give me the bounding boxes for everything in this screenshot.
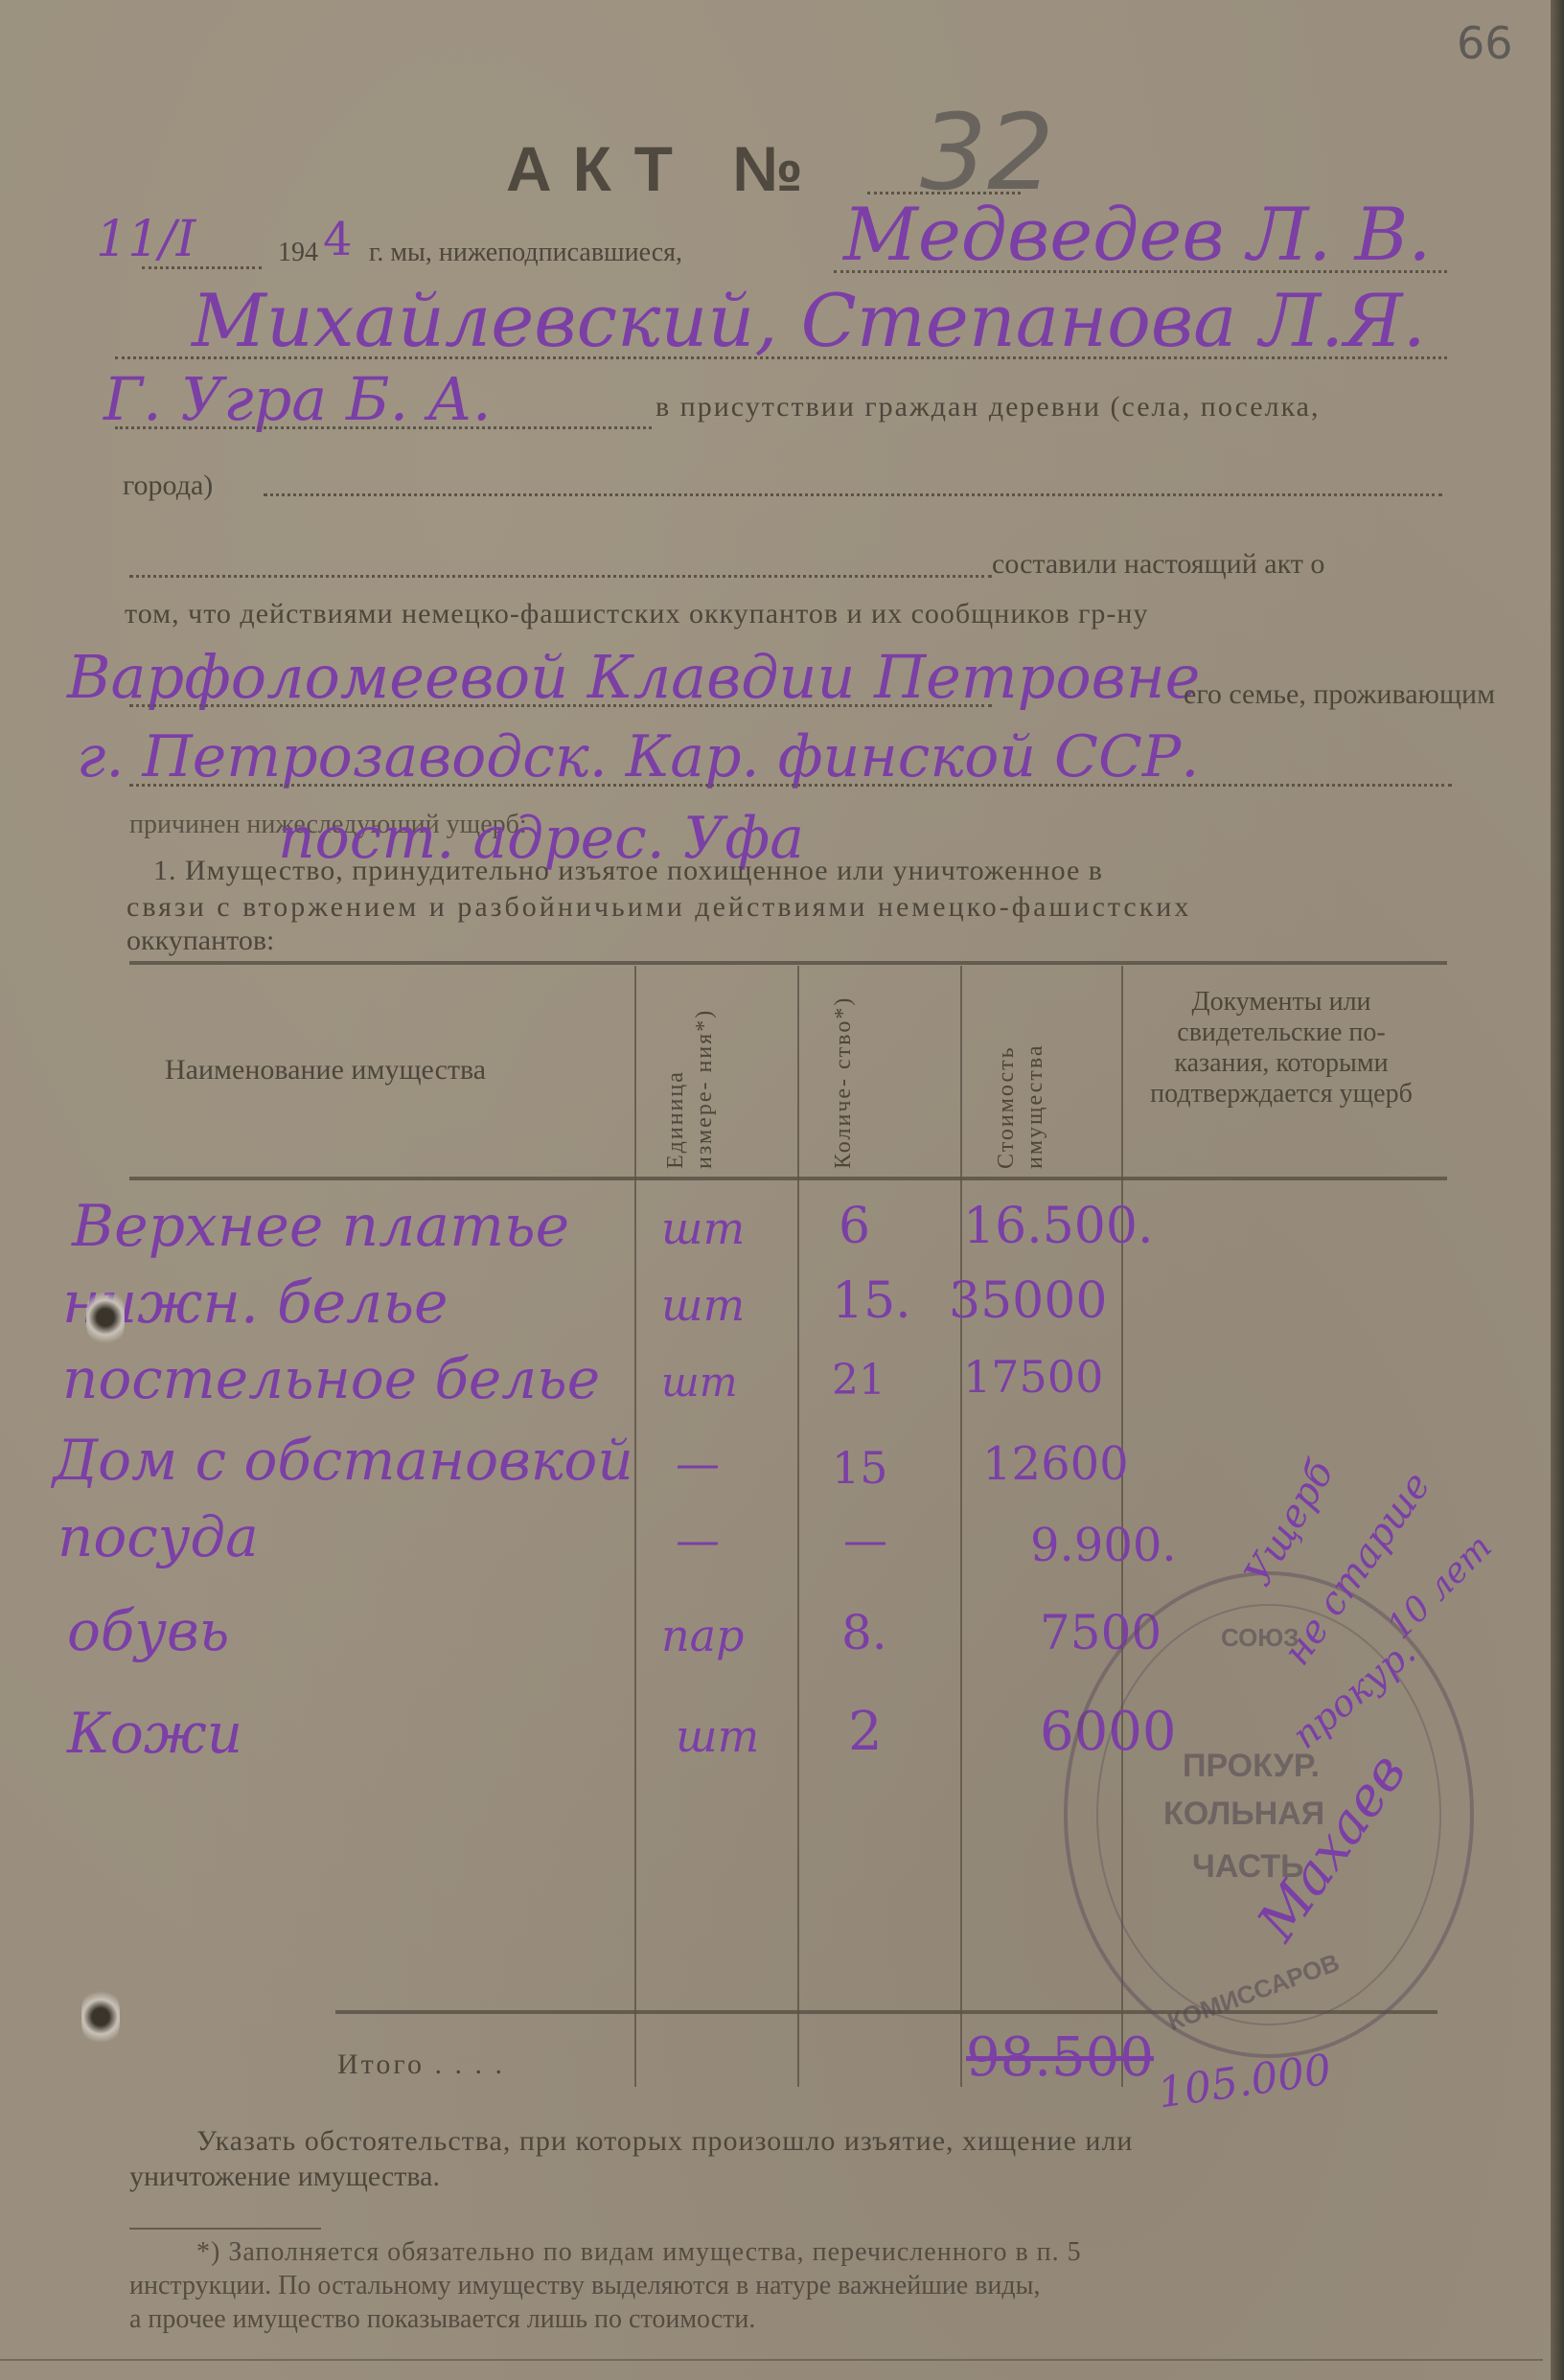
signatory-1: Медведев Л. В. [843,192,1431,277]
year-suffix: 4 [323,213,353,266]
stamp-line1: ПРОКУР. [1183,1748,1320,1785]
act-title: АКТ № [506,132,824,205]
undersigned-text: г. мы, нижеподписавшиеся, [369,238,682,268]
signatory-3-line [115,426,652,429]
col-divider-1 [634,966,636,2087]
row-value: 12600 [982,1437,1129,1491]
row-quantity: 8. [841,1605,887,1660]
row-quantity: — [843,1514,887,1566]
row-unit: — [676,1437,720,1489]
row-name: Дом с обстановкой [53,1428,633,1493]
row-quantity: 2 [848,1701,883,1763]
row-quantity: 6 [839,1198,870,1255]
section1-line2: связи с вторжением и разбойничьими дейст… [126,891,1191,924]
row-name: Верхнее платье [72,1193,569,1260]
header-name: Наименование имущества [165,1054,486,1087]
total-label: Итого . . . . [337,2048,505,2081]
table-header-rule [129,1177,1447,1180]
row-quantity: 15. [832,1272,911,1330]
year-prefix: 194 [278,238,318,268]
victim-name: Варфоломеевой Клавдии Петровне [67,642,1200,712]
footnote-line3: а прочее имущество показывается лишь по … [129,2304,755,2335]
table-top-rule [129,961,1447,965]
header-value: Стоимость имущества [992,977,1069,1169]
row-name: посуда [57,1504,259,1569]
footnote-line1: *) Заполняется обязательно по видам имущ… [196,2237,1082,2268]
total-struck: 98.500 [966,2026,1154,2089]
victim-address: г. Петрозаводск. Кар. финской ССР. [77,723,1199,790]
punch-hole [86,1289,125,1346]
row-unit: шт [661,1279,745,1331]
row-unit: шт [661,1202,745,1254]
punch-hole [81,1988,120,2046]
address-line [129,784,1452,787]
section1-line1: 1. Имущество, принудительно изъятое похи… [153,855,1103,887]
row-quantity: 15 [832,1442,888,1494]
date-day-month: 11/I [96,211,195,268]
row-name: постельное белье [62,1346,600,1411]
signatory-2: Михайлевский, Степанова Л.Я. [192,278,1426,363]
header-quantity: Количе- ство*) [829,987,906,1169]
statement-line: том, что действиями немецко-фашистских о… [125,598,1148,630]
header-unit: Единица измере- ния*) [661,987,767,1169]
row-unit: — [676,1514,720,1566]
page-edge [1551,0,1564,2380]
row-name: Кожи [67,1701,242,1766]
row-value: 35000 [949,1272,1107,1330]
footnote-divider [129,2228,321,2230]
col-divider-2 [797,966,799,2087]
signatory-1-line [834,270,1447,273]
instructions-line1: Указать обстоятельства, при которых прои… [196,2125,1133,2158]
page-number: 66 [1457,17,1513,69]
blank-line [129,575,992,578]
family-text: его семье, проживающим [1184,678,1495,711]
signatory-3: Г. Угра Б. А. [103,364,492,434]
row-name: обувь [67,1598,229,1663]
row-unit: шт [661,1359,738,1406]
footnote-line2: инструкции. По остальному имуществу выде… [129,2271,1040,2301]
row-value: 16.500. [963,1198,1153,1255]
city-line [264,493,1442,496]
header-documents: Документы или свидетельские по- казания,… [1133,987,1430,1110]
presence-text: в присутствии граждан деревни (села, пос… [655,391,1321,423]
signatory-2-line [115,356,1447,359]
victim-name-line [129,704,992,707]
row-unit: шт [676,1710,759,1762]
stamp-line2: КОЛЬНАЯ [1163,1796,1324,1833]
city-label: города) [123,469,213,502]
document-page: 66 АКТ № 32 11/I 194 4 г. мы, нижеподпис… [0,0,1552,2380]
bottom-fold [0,2359,1543,2361]
row-value: 9.900. [1030,1519,1177,1572]
col-divider-3 [960,966,962,2087]
row-quantity: 21 [832,1356,885,1405]
row-unit: пар [661,1610,745,1661]
instructions-line2: уничтожение имущества. [129,2161,440,2193]
date-line [142,266,262,269]
row-value: 17500 [963,1351,1103,1403]
official-stamp: СОЮЗ ПРОКУР. КОЛЬНАЯ ЧАСТЬ КОМИССАРОВ [1064,1571,1474,2058]
compiled-text: составили настоящий акт о [992,548,1324,581]
section1-line3: оккупантов: [126,925,274,957]
